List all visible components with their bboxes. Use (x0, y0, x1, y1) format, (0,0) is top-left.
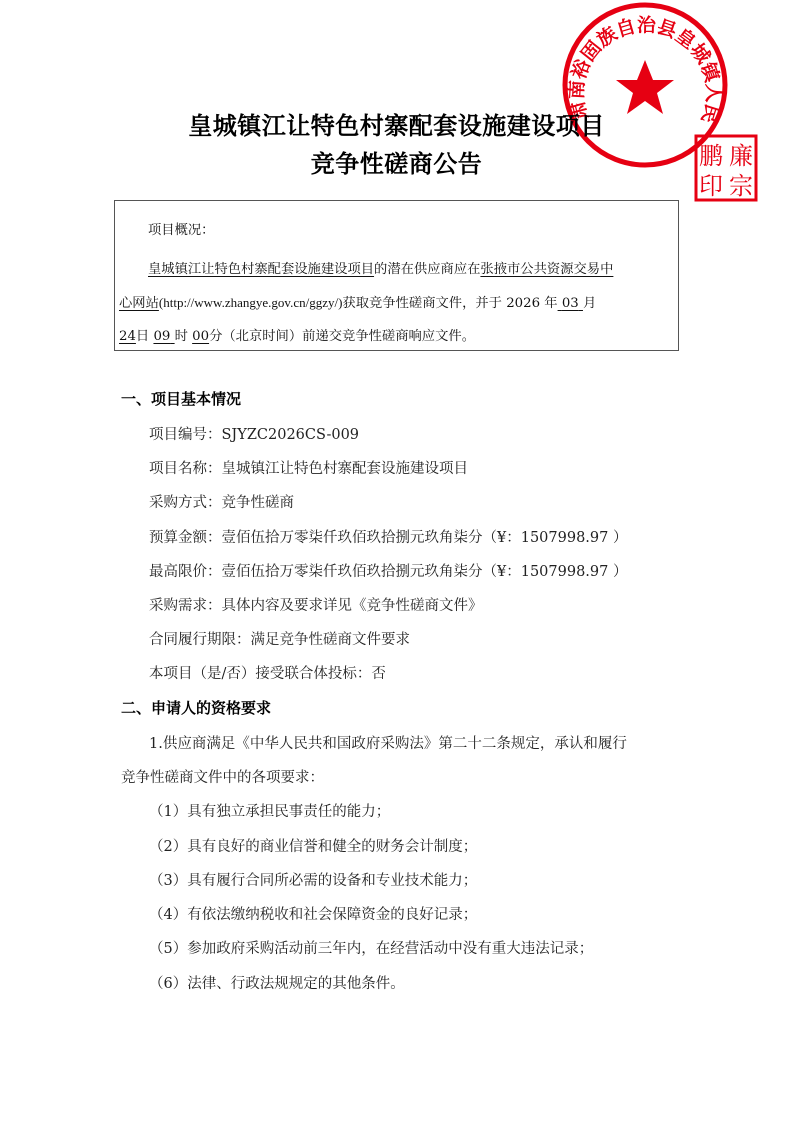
overview-line-2: 心网站(http://www.zhangye.gov.cn/ggzy/)获取竞争… (119, 292, 596, 311)
qualification-item-1: （1）具有独立承担民事责任的能力； (149, 800, 390, 821)
day-unit: 日 (136, 329, 149, 344)
hour-unit: 时 (175, 329, 188, 344)
qualification-para-line1: 1.供应商满足《中华人民共和国政府采购法》第二十二条规定，承认和履行 (149, 732, 627, 753)
qualification-item-2: （2）具有良好的商业信誉和健全的财务会计制度； (149, 835, 477, 856)
project-name-link: 皇城镇江让特色村寨配套设施建设项目 (148, 262, 374, 277)
info-budget: 预算金额：壹佰伍拾万零柒仟玖佰玖拾捌元玖角柒分（¥：1507998.97 ） (149, 526, 627, 547)
document-subtitle: 竞争性磋商公告 (0, 144, 793, 179)
overview-line-1: 皇城镇江让特色村寨配套设施建设项目的潜在供应商应在张掖市公共资源交易中 (148, 258, 613, 277)
site-url: (http://www.zhangye.gov.cn/ggzy/) (159, 295, 343, 310)
info-contract-period: 合同履行期限：满足竞争性磋商文件要求 (149, 628, 410, 649)
qualification-item-3: （3）具有履行合同所必需的设备和专业技术能力； (149, 869, 477, 890)
section-heading-basic-info: 一、项目基本情况 (121, 388, 241, 409)
qualification-para-line2: 竞争性磋商文件中的各项要求： (121, 766, 324, 787)
overview-text: 的潜在供应商应在 (374, 262, 480, 277)
overview-label: 项目概况： (148, 219, 214, 238)
month-unit: 月 (583, 296, 596, 311)
deadline-month: 03 (558, 296, 583, 311)
info-project-number: 项目编号：SJYZC2026CS-009 (149, 423, 359, 444)
deadline-minute: 00 (192, 329, 209, 344)
qualification-item-6: （6）法律、行政法规规定的其他条件。 (149, 972, 405, 993)
document-title: 皇城镇江让特色村寨配套设施建设项目 (0, 106, 793, 141)
minute-unit: 分（北京时间）前递交竞争性磋商响应文件。 (209, 329, 475, 344)
project-overview-box: 项目概况： 皇城镇江让特色村寨配套设施建设项目的潜在供应商应在张掖市公共资源交易… (114, 200, 679, 351)
section-heading-qualifications: 二、申请人的资格要求 (121, 697, 271, 718)
deadline-hour: 09 (153, 329, 174, 344)
trading-site-link: 张掖市公共资源交易中 (480, 262, 613, 277)
qualification-item-5: （5）参加政府采购活动前三年内，在经营活动中没有重大违法记录； (149, 937, 593, 958)
info-consortium: 本项目（是/否）接受联合体投标：否 (149, 662, 386, 683)
info-requirements: 采购需求：具体内容及要求详见《竞争性磋商文件》 (149, 594, 483, 615)
trading-site-link-cont: 心网站 (119, 296, 159, 311)
deadline-day: 24 (119, 329, 136, 344)
info-project-name: 项目名称：皇城镇江让特色村寨配套设施建设项目 (149, 457, 468, 478)
qualification-item-4: （4）有依法缴纳税收和社会保障资金的良好记录； (149, 903, 477, 924)
overview-line-3: 24日 09 时 00分（北京时间）前递交竞争性磋商响应文件。 (119, 325, 475, 344)
info-max-price: 最高限价：壹佰伍拾万零柒仟玖佰玖拾捌元玖角柒分（¥：1507998.97 ） (149, 560, 627, 581)
info-procurement-method: 采购方式：竞争性磋商 (149, 491, 294, 512)
overview-text: 获取竞争性磋商文件，并于 2026 年 (342, 296, 557, 311)
